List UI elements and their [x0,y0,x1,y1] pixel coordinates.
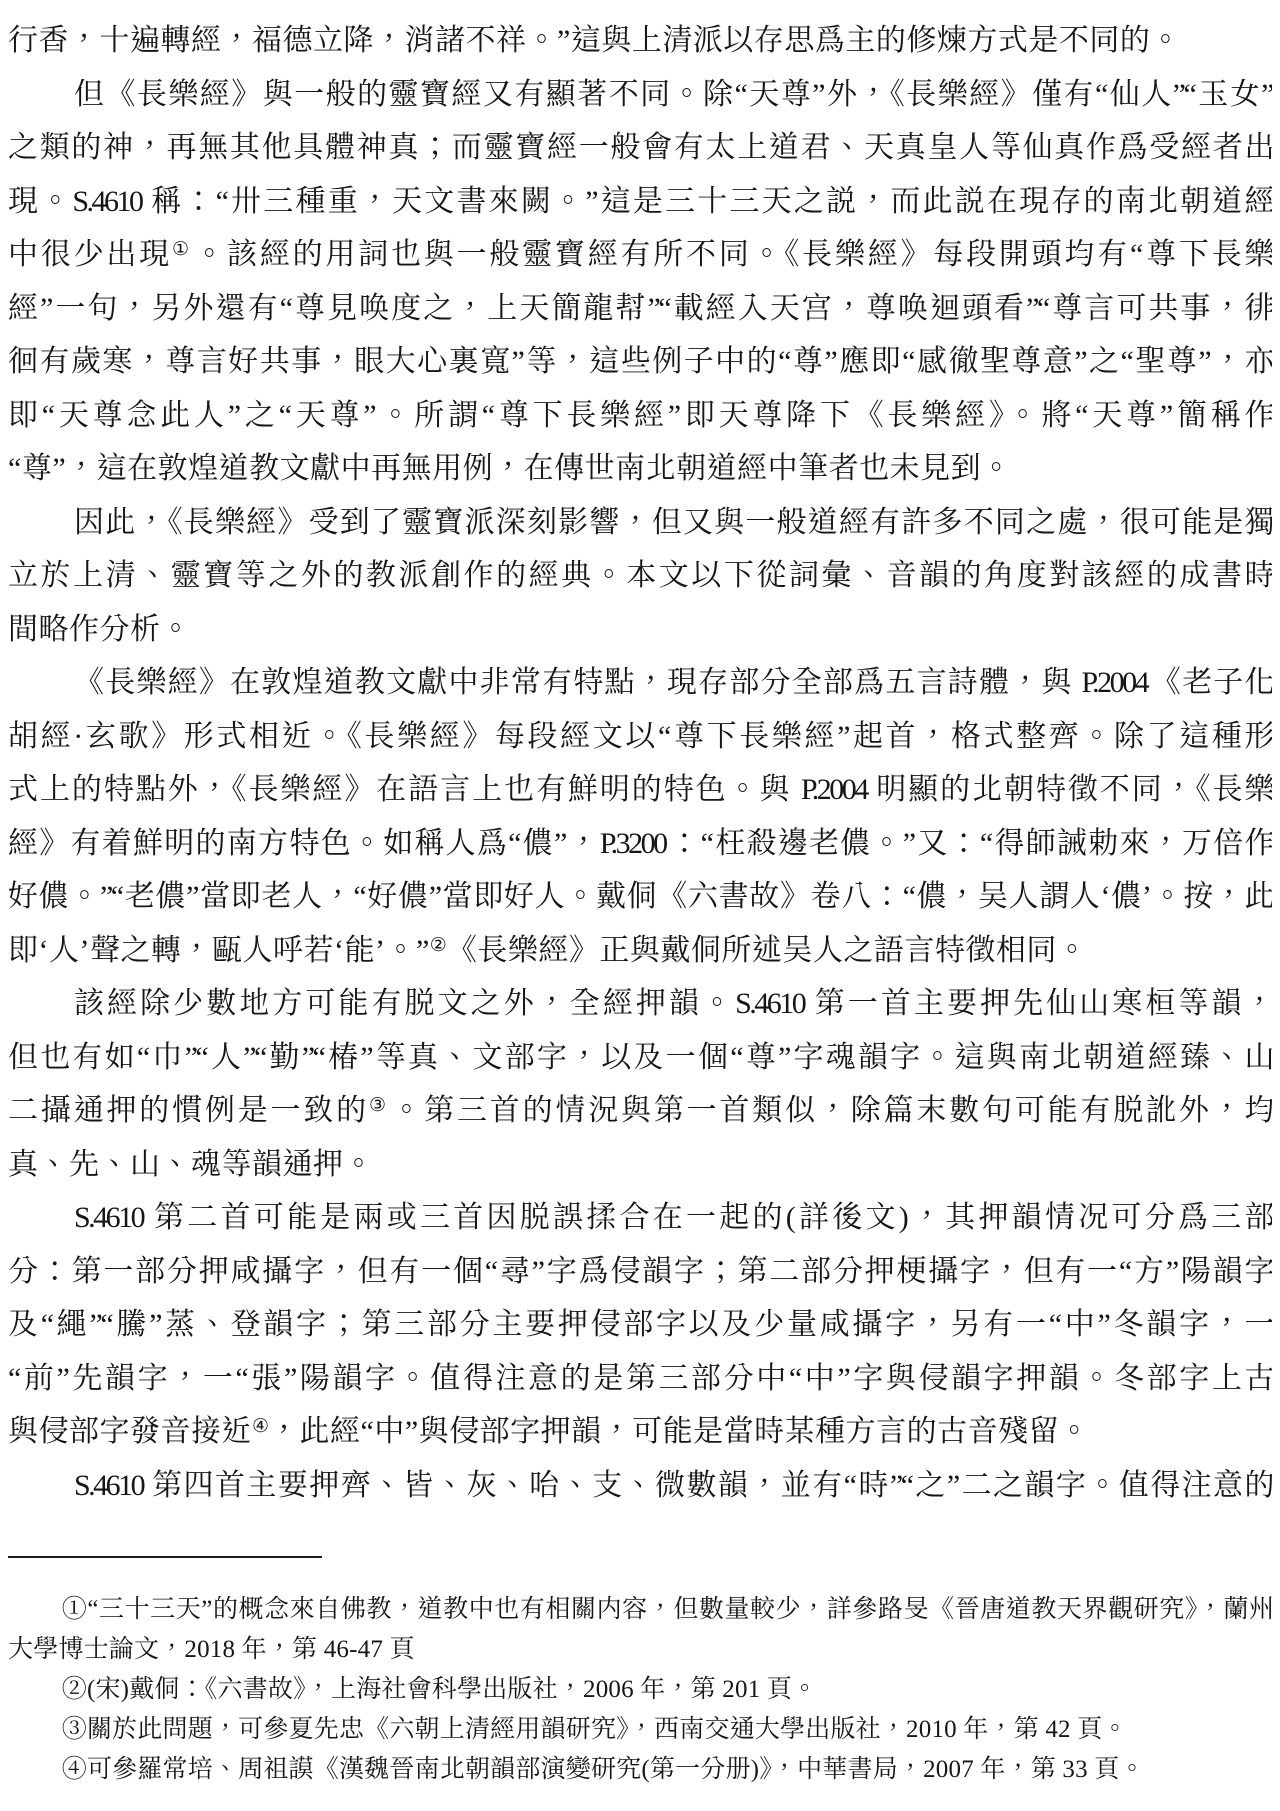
text-line: 好儂。”“老儂”當即老人，“好儂”當即好人。戴侗《六書故》卷八：“儂，吴人謂人‘… [8,870,1272,924]
footnote-item: ③關於此問題，可參夏先忠《六朝上清經用韻研究》，西南交通大學出版社，2010 年… [8,1710,1272,1750]
text-line: 二攝通押的慣例是一致的③。第三首的情況與第一首類似，除篇末數句可能有脱訛外，均 [8,1084,1272,1138]
footnote-ref: ② [430,935,447,956]
footnote-ref: ④ [252,1416,269,1437]
paragraph: S.4610 第二首可能是兩或三首因脱誤揉合在一起的(詳後文)，其押韻情况可分爲… [8,1191,1272,1459]
footnotes: ①“三十三天”的概念來自佛教，道教中也有相關内容，但數量較少，詳參路旻《晉唐道教… [8,1590,1272,1790]
text-line: ②(宋)戴侗：《六書故》，上海社會科學出版社，2006 年，第 201 頁。 [8,1670,1272,1710]
text-line: 真、先、山、魂等韻通押。 [8,1138,1272,1192]
text-line: 現。S.4610 稱：“卅三種重，天文書來闕。”這是三十三天之説，而此説在現存的… [8,175,1272,229]
text-line: ③關於此問題，可參夏先忠《六朝上清經用韻研究》，西南交通大學出版社，2010 年… [8,1710,1272,1750]
paragraph: 《長樂經》在敦煌道教文獻中非常有特點，現存部分全部爲五言詩體，與 P.2004《… [8,656,1272,977]
text-line: 經”一句，另外還有“尊見唤度之，上天簡龍幇”“載經入天宫，尊唤迴頭看”“尊言可共… [8,282,1272,336]
paragraph: S.4610 第四首主要押齊、皆、灰、咍、支、微數韻，並有“時”“之”二之韻字。… [8,1459,1272,1513]
text-line: ④可參羅常培、周祖謨《漢魏晉南北朝韻部演變研究(第一分册)》，中華書局，2007… [8,1750,1272,1790]
text-line: 但《長樂經》與一般的靈寶經又有顯著不同。除“天尊”外，《長樂經》僅有“仙人”“玉… [8,68,1272,122]
article-body: 行香，十遍轉經，福德立降，消諸不祥。”這與上清派以存思爲主的修煉方式是不同的。但… [8,14,1272,1512]
footnote-ref: ① [172,239,194,260]
paragraph: 行香，十遍轉經，福德立降，消諸不祥。”這與上清派以存思爲主的修煉方式是不同的。 [8,14,1272,68]
text-line: 即“天尊念此人”之“天尊”。所謂“尊下長樂經”即天尊降下《長樂經》。將“天尊”簡… [8,389,1272,443]
text-line: 式上的特點外，《長樂經》在語言上也有鮮明的特色。與 P.2004 明顯的北朝特徵… [8,763,1272,817]
document-page: 行香，十遍轉經，福德立降，消諸不祥。”這與上清派以存思爲主的修煉方式是不同的。但… [0,0,1280,1811]
text-line: 因此，《長樂經》受到了靈寶派深刻影響，但又與一般道經有許多不同之處，很可能是獨 [8,496,1272,550]
text-line: 徊有歲寒，尊言好共事，眼大心裏寬”等，這些例子中的“尊”應即“感徹聖尊意”之“聖… [8,335,1272,389]
footnote-ref: ③ [369,1095,391,1116]
text-line: “尊”，這在敦煌道教文獻中再無用例，在傳世南北朝道經中筆者也未見到。 [8,442,1272,496]
text-line: 之類的神，再無其他具體神真；而靈寶經一般會有太上道君、天真皇人等仙真作爲受經者出 [8,121,1272,175]
paragraph: 該經除少數地方可能有脱文之外，全經押韻。S.4610 第一首主要押先仙山寒桓等韻… [8,977,1272,1191]
text-line: 胡經·玄歌》形式相近。《長樂經》每段經文以“尊下長樂經”起首，格式整齊。除了這種… [8,710,1272,764]
text-line: 與侵部字發音接近④，此經“中”與侵部字押韻，可能是當時某種方言的古音殘留。 [8,1405,1272,1459]
text-line: 間略作分析。 [8,603,1272,657]
paragraph: 但《長樂經》與一般的靈寶經又有顯著不同。除“天尊”外，《長樂經》僅有“仙人”“玉… [8,68,1272,496]
paragraph: 因此，《長樂經》受到了靈寶派深刻影響，但又與一般道經有許多不同之處，很可能是獨立… [8,496,1272,657]
text-line: 中很少出現①。該經的用詞也與一般靈寶經有所不同。《長樂經》每段開頭均有“尊下長樂 [8,228,1272,282]
text-line: 即‘人’聲之轉，甌人呼若‘能’。”②《長樂經》正與戴侗所述吴人之語言特徵相同。 [8,924,1272,978]
text-line: 大學博士論文，2018 年，第 46-47 頁 [8,1630,1272,1670]
text-line: ①“三十三天”的概念來自佛教，道教中也有相關内容，但數量較少，詳參路旻《晉唐道教… [8,1590,1272,1630]
text-line: 但也有如“巾”“人”“勤”“椿”等真、文部字，以及一個“尊”字魂韻字。這與南北朝… [8,1031,1272,1085]
text-line: 及“繩”“騰”蒸、登韻字；第三部分主要押侵部字以及少量咸攝字，另有一“中”冬韻字… [8,1298,1272,1352]
footnote-separator [8,1556,322,1558]
text-line: 該經除少數地方可能有脱文之外，全經押韻。S.4610 第一首主要押先仙山寒桓等韻… [8,977,1272,1031]
footnote-item: ④可參羅常培、周祖謨《漢魏晉南北朝韻部演變研究(第一分册)》，中華書局，2007… [8,1750,1272,1790]
text-line: S.4610 第二首可能是兩或三首因脱誤揉合在一起的(詳後文)，其押韻情况可分爲… [8,1191,1272,1245]
text-line: 立於上清、靈寶等之外的教派創作的經典。本文以下從詞彙、音韻的角度對該經的成書時 [8,549,1272,603]
text-line: S.4610 第四首主要押齊、皆、灰、咍、支、微數韻，並有“時”“之”二之韻字。… [8,1459,1272,1513]
footnote-item: ②(宋)戴侗：《六書故》，上海社會科學出版社，2006 年，第 201 頁。 [8,1670,1272,1710]
footnote-item: ①“三十三天”的概念來自佛教，道教中也有相關内容，但數量較少，詳參路旻《晉唐道教… [8,1590,1272,1670]
text-line: 分：第一部分押咸攝字，但有一個“尋”字爲侵韻字；第二部分押梗攝字，但有一“方”陽… [8,1245,1272,1299]
text-line: “前”先韻字，一“張”陽韻字。值得注意的是第三部分中“中”字與侵韻字押韻。冬部字… [8,1352,1272,1406]
text-line: 行香，十遍轉經，福德立降，消諸不祥。”這與上清派以存思爲主的修煉方式是不同的。 [8,14,1272,68]
text-line: 經》有着鮮明的南方特色。如稱人爲“儂”，P.3200：“枉殺邊老儂。”又：“得師… [8,817,1272,871]
text-line: 《長樂經》在敦煌道教文獻中非常有特點，現存部分全部爲五言詩體，與 P.2004《… [8,656,1272,710]
